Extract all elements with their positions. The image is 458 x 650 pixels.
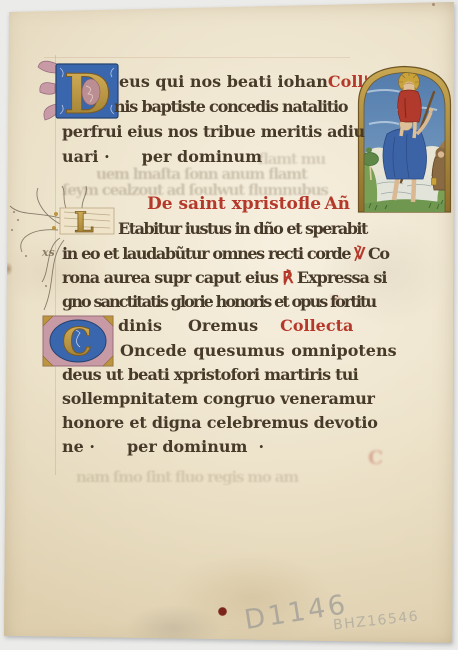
showthrough-text: nam ſmo ſint ﬂuo regis mo am <box>76 468 298 486</box>
illuminated-initial-d: D <box>36 56 122 130</box>
text-line-4: uari ·per dominum <box>62 147 262 171</box>
text-line-9: gno sanctitatis glorie honoris et opus f… <box>62 292 375 316</box>
text-line-3: perfrui eius nos tribue meritis adiu <box>62 122 365 146</box>
rubric-word: Coll' <box>328 72 368 91</box>
text-line-6: Etabitur iustus in dño et sperabit <box>118 219 367 243</box>
text-line-15: ne ·per dominum · <box>62 437 264 461</box>
text-line-10: dinisOremusCollecta <box>118 316 353 340</box>
top-edge-speck <box>188 1 193 4</box>
miniature-st-christopher <box>357 62 452 214</box>
text-line-13: sollempnitatem congruo veneramur <box>62 389 375 413</box>
text-line-7: in eo et laudabũtur omnes recti corde ℣ … <box>62 244 389 268</box>
collect-rubric: Collecta <box>280 316 353 335</box>
illuminated-initial-c: C <box>40 313 118 371</box>
text-line-11: Oncede quesumus omnipotens <box>120 341 397 365</box>
parchment-leaf: ﬂamt mu uem lmaſta ſonn anum ﬂamt ſeym c… <box>0 0 458 650</box>
marginal-siglum: xs <box>42 246 55 259</box>
showthrough-red-initial: C <box>368 447 383 469</box>
text-line-8: rona aurea supr caput eius ℟ Expressa si <box>62 268 387 292</box>
wax-spot <box>218 607 227 616</box>
manuscript-leaf-wrapper: ﬂamt mu uem lmaſta ſonn anum ﬂamt ſeym c… <box>0 0 458 650</box>
text-line-14: honore et digna celebremus devotio <box>62 413 378 437</box>
rubric-heading: De saint xpristofle <box>147 194 321 214</box>
rubric-line: De saint xpristofleAñ <box>147 194 350 218</box>
text-line-12: deus ut beati xpristofori martiris tui <box>62 365 358 389</box>
initial-c-letter: C <box>62 319 92 364</box>
top-edge-dot <box>432 3 435 6</box>
versicle-siglum: ℣ <box>354 244 364 263</box>
text-line-2: nis baptiste concedis natalitio <box>114 97 347 121</box>
text-line-1: eus qui nos beati iohanColl' <box>119 72 345 96</box>
antiphon-abbrev: Añ <box>324 194 350 214</box>
edge-stain <box>4 262 13 276</box>
line-text: eus qui nos beati iohan <box>119 72 328 91</box>
response-siglum: ℟ <box>282 268 292 287</box>
initial-l-letter: L <box>74 206 94 239</box>
